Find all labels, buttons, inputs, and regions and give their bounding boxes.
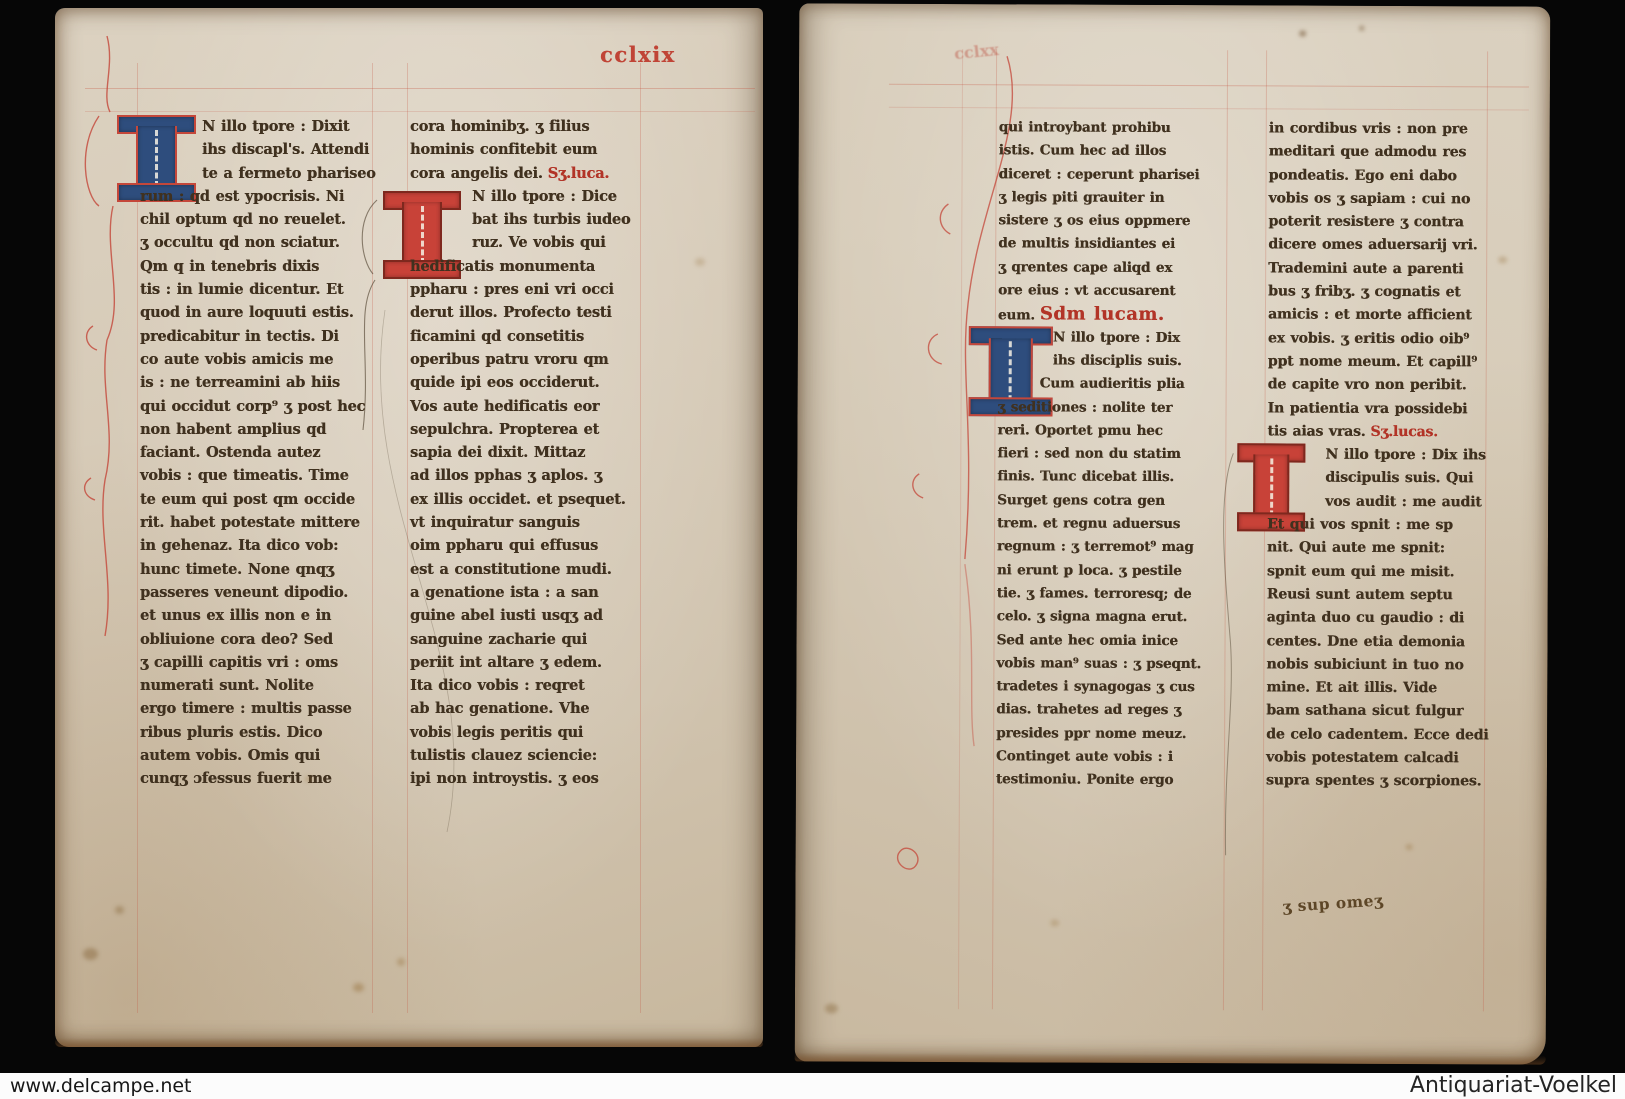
text-column-2: in cordibus vris : non premeditari que a… (1266, 117, 1489, 794)
ruling-line (1223, 50, 1228, 1010)
text-line: sanguine zacharie qui (410, 628, 645, 651)
text-line: vobis legis peritis qui (410, 721, 645, 744)
text-line: qui introybant prohibu (999, 116, 1209, 140)
text-line: vos audit : me audit (1267, 490, 1487, 514)
text-line: mine. Et ait illis. Vide (1266, 677, 1486, 701)
text-line: Sed ante hec omia inice (996, 629, 1206, 653)
text-line: istis. Cum hec ad illos (999, 140, 1209, 164)
text-line: poterit resistere ʒ contra (1268, 211, 1488, 235)
text-line: Ita dico vobis : reqret (410, 674, 645, 697)
text-line: cora angelis dei.Sʒ.luca. (410, 162, 645, 185)
text-line: Qm q in tenebris dixis (140, 255, 380, 278)
stain (1050, 919, 1059, 926)
text-line: faciant. Ostenda autez (140, 441, 380, 464)
watermark-seller: Antiquariat-Voelkel (1410, 1073, 1617, 1098)
text-line: finis. Tunc dicebat illis. (997, 466, 1207, 490)
stain (1498, 256, 1507, 263)
text-line: ihs discapl's. Attendi (140, 138, 380, 161)
rubric-text: Sʒ.luca. (548, 165, 609, 182)
text-line: Reusi sunt autem septu (1267, 583, 1487, 607)
text-line: ihs disciplis suis. (998, 349, 1208, 373)
text-line: Trademini aute a parenti (1268, 257, 1488, 281)
ruling-line (85, 88, 755, 89)
text-line: ʒ legis piti grauiter in (998, 186, 1208, 210)
text-column-1: qui introybant prohibuistis. Cum hec ad … (996, 116, 1209, 793)
text-line: In patientia vra possidebi (1267, 397, 1487, 421)
text-line: reri. Oportet pmu hec (997, 419, 1207, 443)
text-line: ex illis occidet. et psequet. (410, 488, 645, 511)
text-line: ficamini qd consetitis (410, 325, 645, 348)
text-line: Et qui vos spnit : me sp (1267, 513, 1487, 537)
ruling-line (85, 111, 755, 112)
text-line: de celo cadentem. Ecce dedi (1266, 723, 1486, 747)
text-line: tie. ʒ fames. terroresq; de (997, 582, 1207, 606)
stain (825, 1003, 838, 1013)
text-line: N illo tpore : Dix (998, 326, 1208, 350)
text-line: supra spentes ʒ scorpiones. (1266, 770, 1486, 794)
text-column-1: N illo tpore : Dixitihs discapl's. Atten… (140, 115, 380, 791)
text-line: pondeatis. Ego eni dabo (1269, 164, 1489, 188)
text-line: autem vobis. Omis qui (140, 744, 380, 767)
stain (1406, 844, 1413, 850)
text-line: sepulchra. Propterea et (410, 418, 645, 441)
text-line: ab hac genatione. Vhe (410, 697, 645, 720)
text-line: ribus pluris estis. Dico (140, 721, 380, 744)
text-line: ʒ occultu qd non sciatur. (140, 231, 380, 254)
text-line: regnum : ʒ terremot⁹ mag (997, 536, 1207, 560)
text-line: ʒ capilli capitis vri : oms (140, 651, 380, 674)
rubric-text: Sdm lucam. (1040, 304, 1165, 326)
text-line: quod in aure loquuti estis. (140, 301, 380, 324)
text-line: ore eius : vt accusarent (998, 279, 1208, 303)
ruling-line (889, 84, 1529, 88)
text-line: cunqʒ ɔfessus fuerit me (140, 767, 380, 790)
text-line: discipulis suis. Qui (1267, 467, 1487, 491)
text-line: tradetes i synagogas ʒ cus (996, 675, 1206, 699)
watermark-bar: www.delcampe.net Antiquariat-Voelkel (0, 1073, 1625, 1099)
text-line: trem. et regnu aduersus (997, 512, 1207, 536)
text-line: passeres veneunt dipodio. (140, 581, 380, 604)
ruling-line (889, 107, 1529, 111)
text-line: non habent amplius qd (140, 418, 380, 441)
text-line: presides ppr nome meuz. (996, 722, 1206, 746)
text-line: chil optum qd no reuelet. (140, 208, 380, 231)
text-line: N illo tpore : Dix ihs (1267, 444, 1487, 468)
text-line: ppharu : pres eni vri occi (410, 278, 645, 301)
text-line: in gehenaz. Ita dico vob: (140, 534, 380, 557)
text-line: ad illos pphas ʒ aplos. ʒ (410, 464, 645, 487)
text-line: a genatione ista : a san (410, 581, 645, 604)
text-line: de capite vro non peribit. (1268, 374, 1488, 398)
text-line: sapia dei dixit. Mittaz (410, 441, 645, 464)
text-line: Surget gens cotra gen (997, 489, 1207, 513)
text-line: Continget aute vobis : i (996, 745, 1206, 769)
text-line: operibus patru vroru qm (410, 348, 645, 371)
text-line: diceret : ceperunt pharisei (999, 163, 1209, 187)
text-line: nobis subiciunt in tuo no (1266, 653, 1486, 677)
text-line: fieri : sed non du statim (997, 442, 1207, 466)
text-line: de multis insidiantes ei (998, 233, 1208, 257)
catchword: ʒ sup omeʒ (1282, 890, 1384, 916)
offset-folio-number: cclxx (953, 40, 999, 63)
text-line: amicis : et morte afficient (1268, 304, 1488, 328)
stain (1359, 26, 1364, 31)
text-line: derut illos. Profecto testi (410, 301, 645, 324)
text-line: ipi non introystis. ʒ eos (410, 767, 645, 790)
text-line: bus ʒ fribʒ. ʒ cognatis et (1268, 280, 1488, 304)
text-line: predicabitur in tectis. Di (140, 325, 380, 348)
text-line: ppt nome meum. Et capill⁹ (1268, 350, 1488, 374)
stain (1299, 31, 1306, 37)
text-line: ruz. Ve vobis qui (410, 231, 645, 254)
text-column-2: cora hominibʒ. ʒ filiushominis confitebi… (410, 115, 645, 791)
text-line: nit. Qui aute me spnit: (1267, 537, 1487, 561)
text-line: vobis os ʒ sapiam : cui no (1268, 187, 1488, 211)
rubric-text: Sʒ.lucas. (1370, 424, 1438, 440)
text-line: sistere ʒ os eius oppmere (998, 209, 1208, 233)
text-line: meditari que admodu res (1269, 141, 1489, 165)
text-line: hominis confitebit eum (410, 138, 645, 161)
text-line: te eum qui post qm occide (140, 488, 380, 511)
text-line: vobis potestatem calcadi (1266, 746, 1486, 770)
text-line: ʒ seditiones : nolite ter (997, 396, 1207, 420)
text-line: cora hominibʒ. ʒ filius (410, 115, 645, 138)
text-line: dias. trahetes ad reges ʒ (996, 699, 1206, 723)
text-line: quide ipi eos occiderut. (410, 371, 645, 394)
stain (115, 906, 124, 914)
text-line: ni erunt p loca. ʒ pestile (997, 559, 1207, 583)
stain (83, 948, 98, 960)
text-line: vobis : que timeatis. Time (140, 464, 380, 487)
text-line: rum : qd est ypocrisis. Ni (140, 185, 380, 208)
stain (353, 983, 364, 992)
text-line: tis : in lumie dicentur. Et (140, 278, 380, 301)
stain (695, 258, 705, 266)
text-line: ʒ qrentes cape aliqd ex (998, 256, 1208, 280)
text-line: vt inquiratur sanguis (410, 511, 645, 534)
text-line: aginta duo cu gaudio : di (1267, 607, 1487, 631)
text-line: co aute vobis amicis me (140, 348, 380, 371)
text-line: Vos aute hedificatis eor (410, 395, 645, 418)
text-line: tis aias vras.Sʒ.lucas. (1267, 420, 1487, 444)
text-line: testimoniu. Ponite ergo (996, 769, 1206, 793)
watermark-site: www.delcampe.net (10, 1075, 192, 1097)
left-vellum-leaf: cclxix I I N illo tpore : Dixitihs disca… (55, 8, 763, 1047)
text-line: obliuione cora deo? Sed (140, 628, 380, 651)
stain (397, 958, 405, 966)
text-line: tulistis clauez sciencie: (410, 744, 645, 767)
text-line: bam sathana sicut fulgur (1266, 700, 1486, 724)
ruling-line (137, 63, 138, 1013)
text-line: numerati sunt. Nolite (140, 674, 380, 697)
text-line: guine abel iusti usqʒ ad (410, 604, 645, 627)
text-line: dicere omes aduersarij vri. (1268, 234, 1488, 258)
ruling-line (958, 49, 963, 1009)
text-line: hedificatis monumenta (410, 255, 645, 278)
folio-number: cclxix (600, 42, 676, 67)
text-line: ex vobis. ʒ eritis odio oib⁹ (1268, 327, 1488, 351)
text-line: ergo timere : multis passe (140, 697, 380, 720)
text-line: Cum audieritis plia (998, 373, 1208, 397)
text-line: oim ppharu qui effusus (410, 534, 645, 557)
text-line: in cordibus vris : non pre (1269, 117, 1489, 141)
text-line: is : ne terreamini ab hiis (140, 371, 380, 394)
text-line: N illo tpore : Dice (410, 185, 645, 208)
text-line: bat ihs turbis iudeo (410, 208, 645, 231)
text-line: celo. ʒ signa magna erut. (997, 605, 1207, 629)
text-line: N illo tpore : Dixit (140, 115, 380, 138)
text-line: hunc timete. None qnqʒ (140, 558, 380, 581)
text-line: spnit eum qui me misit. (1267, 560, 1487, 584)
text-line: te a fermeto phariseo (140, 162, 380, 185)
right-vellum-leaf: cclxx I I qui introybant prohibuistis. C… (795, 3, 1551, 1064)
manuscript-photo: cclxix I I N illo tpore : Dixitihs disca… (0, 0, 1625, 1099)
text-line: qui occidut corp⁹ ʒ post hec (140, 395, 380, 418)
text-line: rit. habet potestate mittere (140, 511, 380, 534)
text-line: vobis man⁹ suas : ʒ pseqnt. (996, 652, 1206, 676)
text-line: periit int altare ʒ edem. (410, 651, 645, 674)
text-line: eum.Sdm lucam. (998, 303, 1208, 327)
text-line: centes. Dne etia demonia (1266, 630, 1486, 654)
text-line: et unus ex illis non e in (140, 604, 380, 627)
text-line: est a constitutione mudi. (410, 558, 645, 581)
